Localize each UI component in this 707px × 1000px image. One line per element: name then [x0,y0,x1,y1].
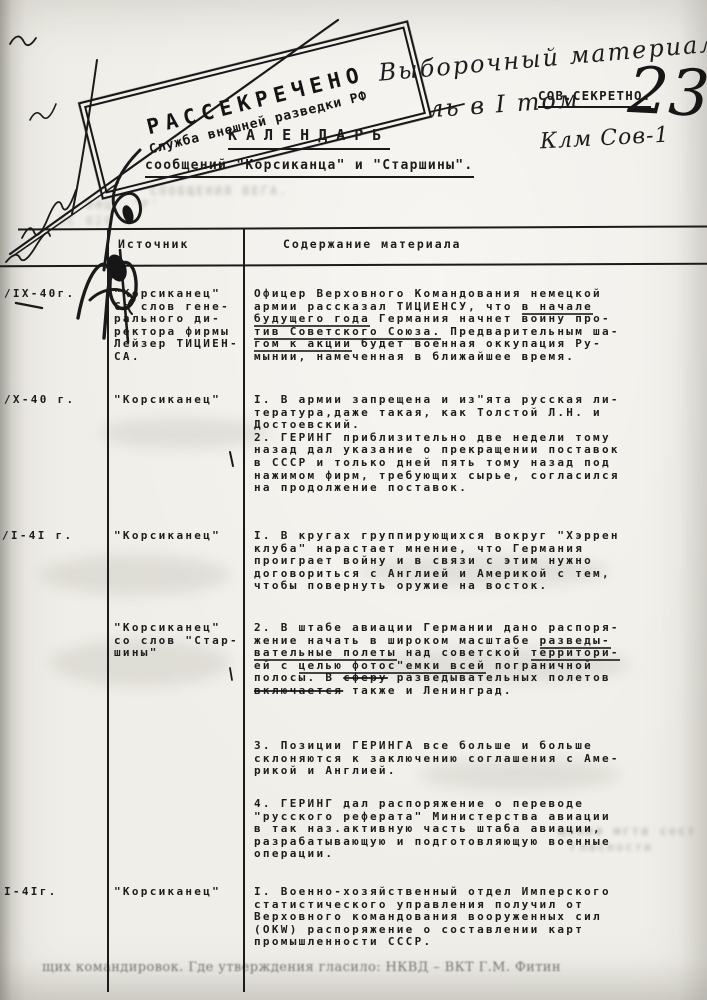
row-content: I. В кругах группирующихся вокруг "Хэрре… [254,530,620,593]
bleed-through-print-line: щих командировок. Где утверждения гласил… [42,960,561,975]
row-source: "Корсиканец" [114,394,221,407]
document-title: КАЛЕНДАРЬ [228,126,390,150]
bleed-through-text: ОФЦ. 'Р' [86,198,160,212]
bleed-through-text: ЗС 020 4 [58,214,132,228]
row-date: I-4Iг. [4,886,58,899]
row-content: Офицер Верховного Командования немецкойа… [254,288,620,364]
row-content: 3. Позиции ГЕРИНГА все больше и большеск… [254,740,620,778]
table-column-rule-left [107,228,109,992]
row-content: 2. В штабе авиации Германии дано распоря… [254,622,620,698]
row-source: "Корсиканец" [114,530,221,543]
document-subtitle: сообщений "Корсиканца" и "Старшины". [145,158,474,178]
column-header-content: Содержание материала [283,237,461,251]
row-content: I. В армии запрещена и из"ята русская ли… [254,394,620,495]
table-column-rule-right [243,228,245,992]
row-date: /X-40 г. [4,394,75,407]
scan-smudge [40,555,230,595]
classification-label: СОВ.СЕКРЕТНО. [538,88,651,108]
row-date: /IX-40г. [4,288,75,301]
row-source: "Корсиканец"со слов "Стар-шины" [114,622,239,660]
scanned-document-page: СООБЩЕНИЯ ВЕГА. ОФЦ. 'Р' ЗС 020 4 щения … [0,0,707,1000]
row-date: /I-4I г. [2,530,73,543]
row-source: "Корсиканец"Со слов гене-рального ди-рек… [114,288,239,364]
bleed-through-text: СООБЩЕНИЯ ВЕГА. [150,184,288,198]
row-source: "Корсиканец" [114,886,221,899]
handwritten-signature: Клм Сов-1 [539,123,670,155]
row-content: I. Военно-хозяйственный отдел Имперского… [254,886,611,949]
column-header-source: Источник [118,237,189,251]
row-content: 4. ГЕРИНГ дал распоряжение о переводе"ру… [254,798,611,861]
